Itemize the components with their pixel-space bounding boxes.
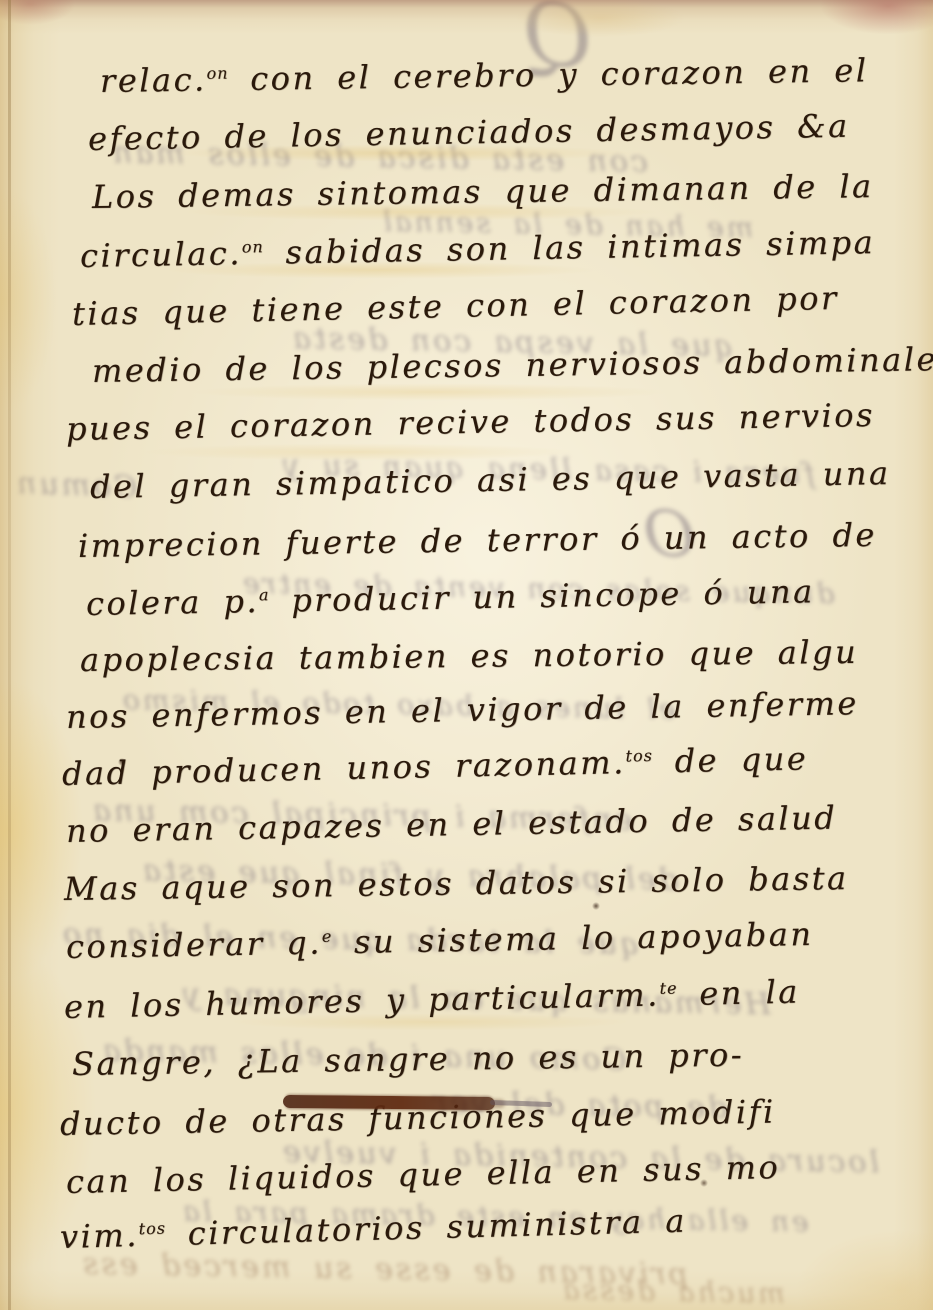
line-text: producir un sincope ó una (269, 572, 815, 620)
superscript-abbreviation: tos (138, 1219, 166, 1239)
manuscript-line-6: medio de los plecsos nerviosos abdominal… (92, 340, 933, 390)
handwritten-text-layer: relac.on con el cerebro y corazon en ele… (0, 0, 933, 1310)
manuscript-line-2: efecto de los enunciados desmayos &a (88, 107, 850, 158)
manuscript-line-15: Mas aque son estos datos si solo basta (64, 859, 849, 908)
manuscript-line-8: del gran simpatico asi es que vasta una (90, 454, 891, 506)
superscript-abbreviation: a (259, 585, 270, 604)
line-text: de que (653, 739, 809, 780)
manuscript-line-1: relac.on con el cerebro y corazon en el (100, 51, 869, 100)
manuscript-line-17: en los humores y particularm.te en la (64, 973, 801, 1026)
line-text: colera p. (86, 582, 260, 623)
manuscript-line-11: apoplecsia tambien es notorio que algu (80, 633, 858, 679)
manuscript-line-14: no eran capazes en el estado de salud (66, 799, 838, 850)
line-text: Los demas sintomas que dimanan de la (92, 167, 874, 216)
line-text: su sistema lo apoyaban (332, 915, 814, 961)
line-text: nos enfermos en el vigor de la enferme (66, 684, 859, 736)
superscript-abbreviation: e (322, 927, 333, 946)
line-text: no eran capazes en el estado de salud (66, 799, 838, 850)
manuscript-line-3: Los demas sintomas que dimanan de la (92, 167, 874, 216)
line-text: considerar q. (66, 924, 322, 966)
ink-strikethrough-blot (283, 1095, 495, 1110)
line-text: imprecion fuerte de terror ó un acto de (78, 516, 877, 565)
superscript-abbreviation: te (659, 978, 677, 997)
manuscript-line-9: imprecion fuerte de terror ó un acto de (78, 516, 877, 565)
manuscript-page: Qcon esta disca de ellos manme han de la… (0, 0, 933, 1310)
manuscript-line-5: tias que tiene este con el corazon por (72, 279, 840, 333)
line-text: apoplecsia tambien es notorio que algu (80, 633, 858, 679)
manuscript-line-13: dad producen unos razonam.tos de que (62, 739, 809, 793)
superscript-abbreviation: on (206, 64, 228, 83)
manuscript-line-21: vim.tos circulatorios suministra a (60, 1202, 688, 1256)
line-text: pues el corazon recive todos sus nervios (66, 396, 875, 448)
manuscript-line-4: circulac.on sabidas son las intimas simp… (80, 223, 876, 275)
manuscript-line-10: colera p.a producir un sincope ó una (86, 572, 815, 623)
line-text: circulac. (80, 234, 243, 275)
line-text: efecto de los enunciados desmayos &a (88, 107, 850, 158)
line-text: medio de los plecsos nerviosos abdominal… (92, 340, 933, 390)
line-text: con el cerebro y corazon en el (228, 51, 868, 98)
superscript-abbreviation: on (242, 237, 264, 256)
line-text: sabidas son las intimas simpa (263, 223, 875, 272)
line-text: Sangre, ¿La sangre no es un pro- (72, 1036, 745, 1083)
line-text: del gran simpatico asi es que vasta una (90, 454, 891, 506)
manuscript-line-16: considerar q.e su sistema lo apoyaban (66, 915, 814, 966)
superscript-abbreviation: tos (625, 746, 653, 766)
line-text: relac. (100, 61, 207, 100)
line-text: en la (677, 973, 800, 1014)
manuscript-line-7: pues el corazon recive todos sus nervios (66, 396, 875, 448)
manuscript-line-18: Sangre, ¿La sangre no es un pro- (72, 1036, 745, 1083)
line-text: tias que tiene este con el corazon por (72, 279, 840, 333)
line-text: can los liquidos que ella en sus mo (66, 1148, 781, 1201)
line-text: vim. (60, 1216, 140, 1256)
manuscript-line-20: can los liquidos que ella en sus mo (66, 1148, 781, 1201)
line-text: Mas aque son estos datos si solo basta (64, 859, 849, 908)
line-text: en los humores y particularm. (64, 976, 660, 1026)
manuscript-line-12: nos enfermos en el vigor de la enferme (66, 684, 859, 736)
line-text: dad producen unos razonam. (62, 743, 626, 793)
line-text: circulatorios suministra a (166, 1202, 688, 1254)
